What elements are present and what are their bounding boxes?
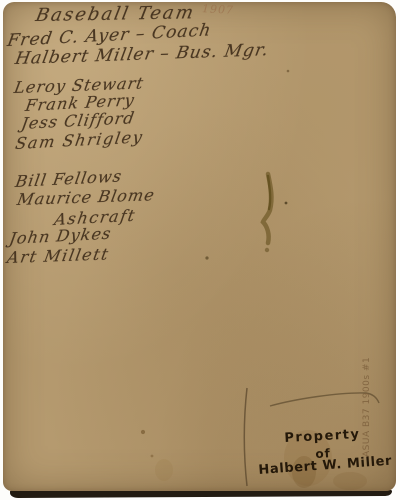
staff-role: Coach bbox=[150, 20, 213, 43]
photo-scan: 1907 Baseball Team Fred C. Ayer – Coach … bbox=[0, 0, 400, 500]
staff-separator: – bbox=[158, 44, 171, 64]
year-notation: 1907 bbox=[202, 2, 235, 17]
catalog-notation: ASUA B37 1900s #1 bbox=[362, 322, 376, 457]
roster-name: Art Millett bbox=[6, 244, 111, 267]
staff-role: Bus. Mgr. bbox=[174, 40, 270, 63]
staff-separator: – bbox=[134, 24, 147, 44]
